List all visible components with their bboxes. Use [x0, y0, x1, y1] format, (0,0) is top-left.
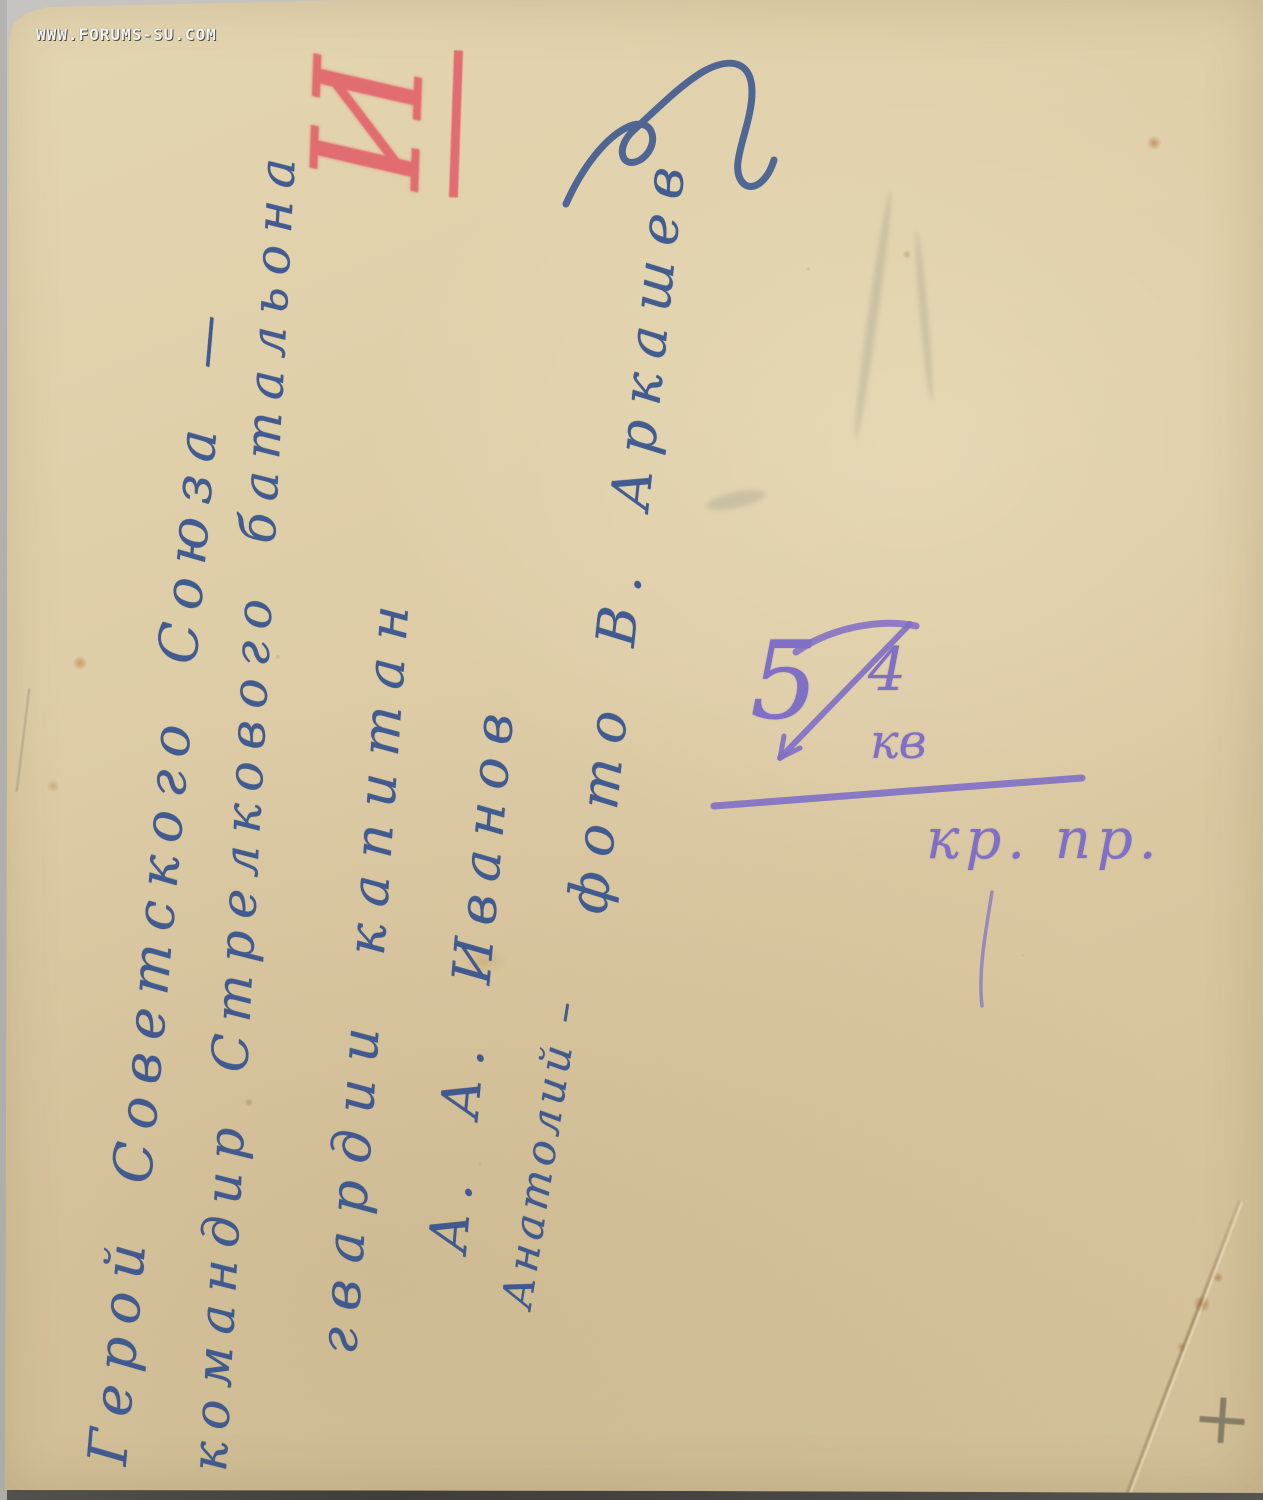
watermark: WWW.FORUMS-SU.COM [36, 25, 217, 44]
show-through-streak [851, 191, 896, 440]
photo-back-scan: Герой Советского Союза — командир Стрелк… [0, 0, 1263, 1500]
stain [902, 250, 912, 259]
handwriting-line-rank: гвардии капитан [308, 587, 422, 1357]
purple-annotation: 5 4 кв кр. пр. [720, 600, 1200, 1030]
red-archive-mark: И [300, 45, 463, 197]
handwriting-line-photographer: фото В. Аркашев [556, 149, 699, 917]
stain [72, 656, 88, 670]
show-through-streak [913, 230, 936, 400]
signature-flourish-icon [548, 8, 798, 208]
photo-paper: Герой Советского Союза — командир Стрелк… [0, 0, 1263, 1493]
handwriting-line-name: А. А. Иванов [418, 698, 527, 1255]
stain [1146, 136, 1162, 150]
stain [46, 780, 60, 792]
purple-unit-label: кв [870, 718, 927, 766]
purple-note: кр. пр. [926, 812, 1163, 868]
pencil-plus-mark: + [1190, 1380, 1255, 1456]
paper-scratch [16, 688, 31, 791]
purple-fraction-denominator: 4 [868, 640, 906, 700]
purple-fraction-numerator: 5 [750, 628, 819, 736]
show-through-streak [705, 486, 767, 514]
handwriting-line-first-name: Анатолий – [492, 993, 590, 1312]
